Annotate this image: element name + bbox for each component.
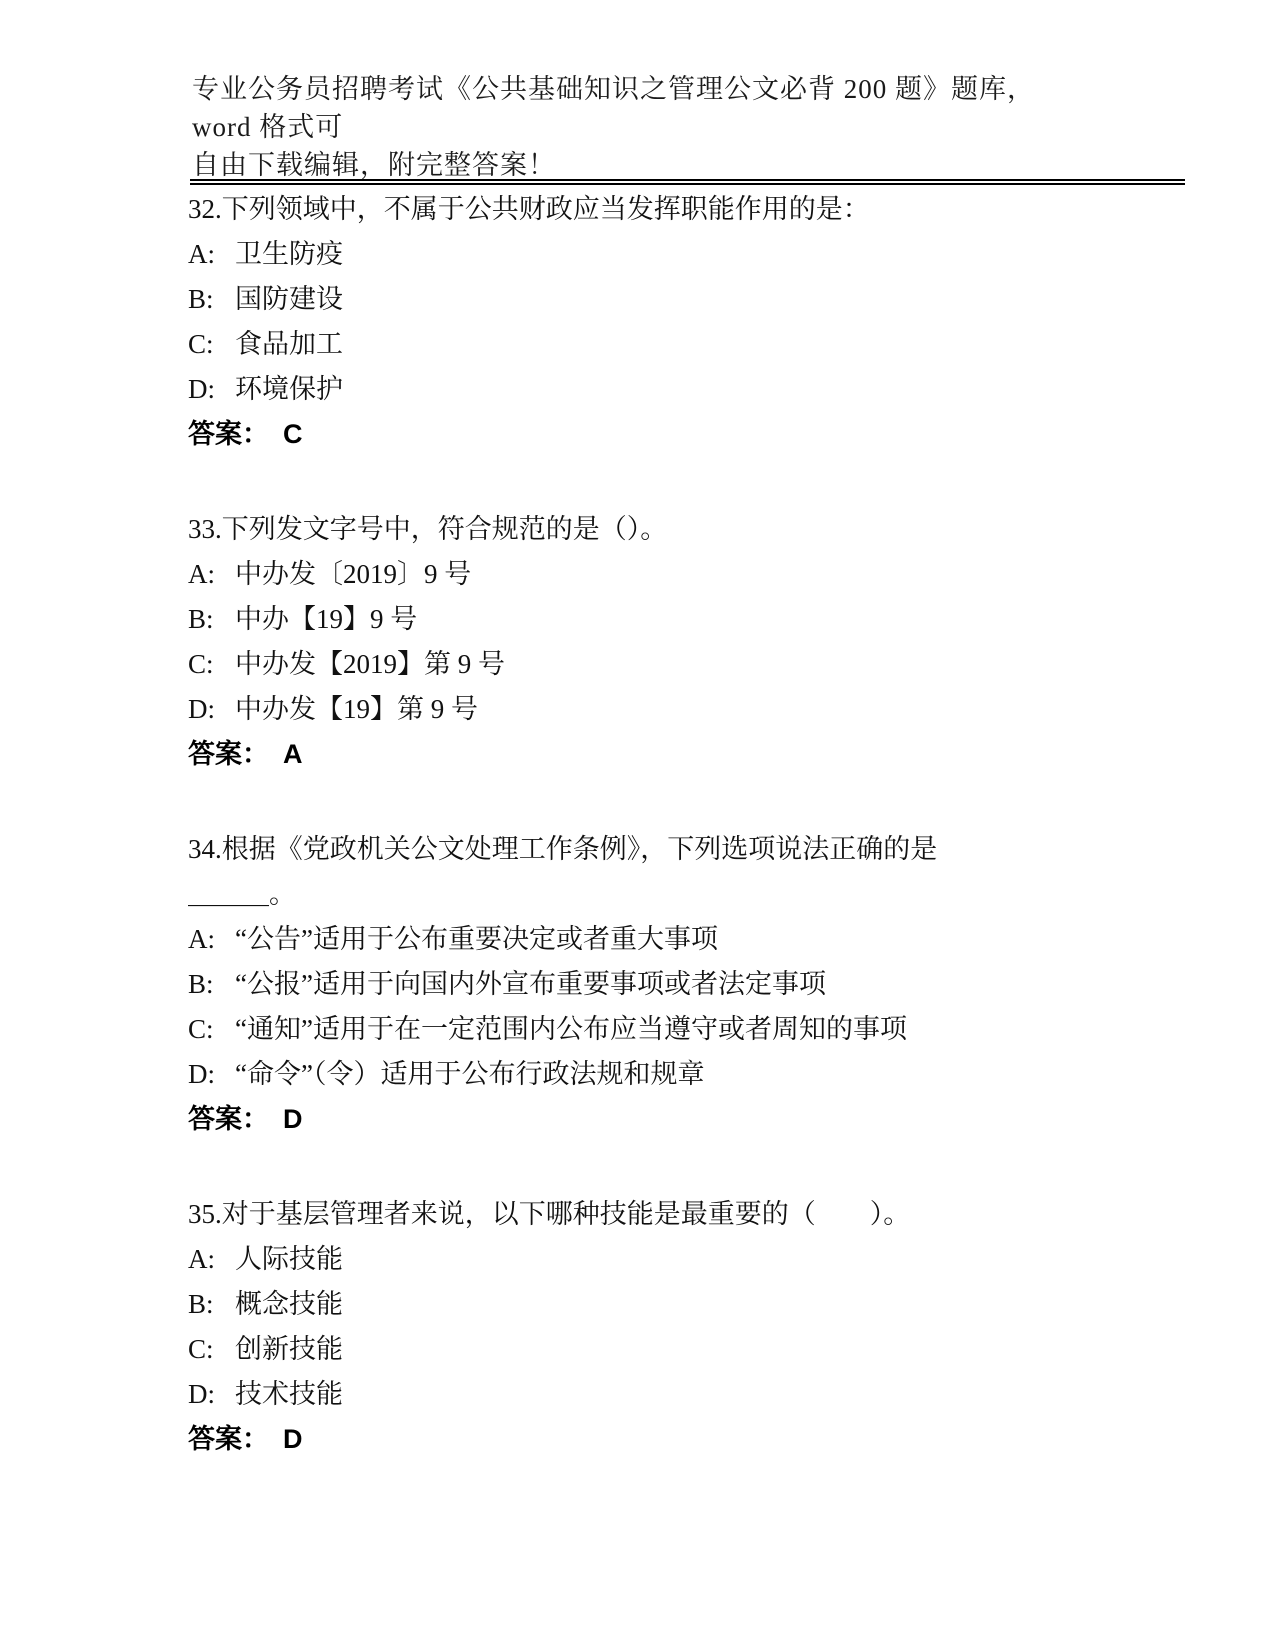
question-block: 33.下列发文字号中，符合规范的是（）。 A:中办发〔2019〕9 号B:中办【… xyxy=(188,507,1198,777)
option-line: C:“通知”适用于在一定范围内公布应当遵守或者周知的事项 xyxy=(188,1007,1198,1052)
option-line: D:环境保护 xyxy=(188,367,1198,412)
question-options: A:中办发〔2019〕9 号B:中办【19】9 号C:中办发【2019】第 9 … xyxy=(188,552,1198,732)
option-key: B: xyxy=(188,962,235,1007)
answer-value: A xyxy=(283,739,303,769)
option-line: D:“命令”（令）适用于公布行政法规和规章 xyxy=(188,1052,1198,1097)
exam-document-page: 专业公务员招聘考试《公共基础知识之管理公文必背 200 题》题库，word 格式… xyxy=(0,0,1275,1650)
question-text: 34.根据《党政机关公文处理工作条例》，下列选项说法正确的是 xyxy=(188,827,1198,872)
answer-line: 答案：C xyxy=(188,412,1198,457)
option-key: A: xyxy=(188,232,235,277)
document-header: 专业公务员招聘考试《公共基础知识之管理公文必背 200 题》题库，word 格式… xyxy=(192,70,1092,184)
question-block: 32.下列领域中，不属于公共财政应当发挥职能作用的是： A:卫生防疫B:国防建设… xyxy=(188,187,1198,457)
answer-value: D xyxy=(283,1104,303,1134)
option-line: B:概念技能 xyxy=(188,1282,1198,1327)
option-key: D: xyxy=(188,1052,235,1097)
option-line: B:国防建设 xyxy=(188,277,1198,322)
option-key: A: xyxy=(188,917,235,962)
option-text: 人际技能 xyxy=(235,1244,343,1274)
option-key: A: xyxy=(188,552,235,597)
question-block: 34.根据《党政机关公文处理工作条例》，下列选项说法正确的是＿＿＿。 A:“公告… xyxy=(188,827,1198,1142)
option-line: D:技术技能 xyxy=(188,1372,1198,1417)
question-block: 35.对于基层管理者来说，以下哪种技能是最重要的（ ）。 A:人际技能B:概念技… xyxy=(188,1192,1198,1462)
option-text: 食品加工 xyxy=(235,329,343,359)
option-text: 环境保护 xyxy=(235,374,343,404)
option-text: 创新技能 xyxy=(235,1334,343,1364)
option-text: 中办发〔2019〕9 号 xyxy=(235,559,471,589)
answer-line: 答案：D xyxy=(188,1417,1198,1462)
answer-label: 答案： xyxy=(188,739,269,769)
option-text: 概念技能 xyxy=(235,1289,343,1319)
question-text-lines: 33.下列发文字号中，符合规范的是（）。 xyxy=(188,507,1198,552)
option-key: C: xyxy=(188,1007,235,1052)
header-line-1: 专业公务员招聘考试《公共基础知识之管理公文必背 200 题》题库，word 格式… xyxy=(192,70,1092,146)
option-key: D: xyxy=(188,367,235,412)
option-line: C:创新技能 xyxy=(188,1327,1198,1372)
option-key: C: xyxy=(188,322,235,367)
option-text: “通知”适用于在一定范围内公布应当遵守或者周知的事项 xyxy=(235,1014,907,1044)
option-key: D: xyxy=(188,1372,235,1417)
option-key: C: xyxy=(188,642,235,687)
option-line: A:人际技能 xyxy=(188,1237,1198,1282)
header-divider-rule xyxy=(190,179,1185,185)
option-text: “命令”（令）适用于公布行政法规和规章 xyxy=(235,1059,704,1089)
question-text-lines: 35.对于基层管理者来说，以下哪种技能是最重要的（ ）。 xyxy=(188,1192,1198,1237)
question-text-lines: 34.根据《党政机关公文处理工作条例》，下列选项说法正确的是＿＿＿。 xyxy=(188,827,1198,917)
option-text: 卫生防疫 xyxy=(235,239,343,269)
question-options: A:人际技能B:概念技能C:创新技能D:技术技能 xyxy=(188,1237,1198,1417)
answer-label: 答案： xyxy=(188,419,269,449)
option-line: A:卫生防疫 xyxy=(188,232,1198,277)
answer-label: 答案： xyxy=(188,1104,269,1134)
questions-list: 32.下列领域中，不属于公共财政应当发挥职能作用的是： A:卫生防疫B:国防建设… xyxy=(188,187,1198,1462)
option-line: A:“公告”适用于公布重要决定或者重大事项 xyxy=(188,917,1198,962)
question-text: 35.对于基层管理者来说，以下哪种技能是最重要的（ ）。 xyxy=(188,1192,1198,1237)
option-text: 中办【19】9 号 xyxy=(235,604,417,634)
option-text: 中办发【19】第 9 号 xyxy=(235,694,478,724)
answer-line: 答案：A xyxy=(188,732,1198,777)
answer-value: D xyxy=(283,1424,303,1454)
option-key: D: xyxy=(188,687,235,732)
question-text: 33.下列发文字号中，符合规范的是（）。 xyxy=(188,507,1198,552)
option-line: B:中办【19】9 号 xyxy=(188,597,1198,642)
question-text-lines: 32.下列领域中，不属于公共财政应当发挥职能作用的是： xyxy=(188,187,1198,232)
question-text: ＿＿＿。 xyxy=(188,872,1198,917)
answer-line: 答案：D xyxy=(188,1097,1198,1142)
option-line: C:食品加工 xyxy=(188,322,1198,367)
option-text: 国防建设 xyxy=(235,284,343,314)
option-key: B: xyxy=(188,277,235,322)
question-options: A:卫生防疫B:国防建设C:食品加工D:环境保护 xyxy=(188,232,1198,412)
option-line: D:中办发【19】第 9 号 xyxy=(188,687,1198,732)
question-options: A:“公告”适用于公布重要决定或者重大事项B:“公报”适用于向国内外宣布重要事项… xyxy=(188,917,1198,1097)
option-key: B: xyxy=(188,597,235,642)
option-line: B:“公报”适用于向国内外宣布重要事项或者法定事项 xyxy=(188,962,1198,1007)
option-text: 技术技能 xyxy=(235,1379,343,1409)
option-line: C:中办发【2019】第 9 号 xyxy=(188,642,1198,687)
option-text: 中办发【2019】第 9 号 xyxy=(235,649,505,679)
answer-label: 答案： xyxy=(188,1424,269,1454)
option-key: B: xyxy=(188,1282,235,1327)
option-key: C: xyxy=(188,1327,235,1372)
option-key: A: xyxy=(188,1237,235,1282)
question-text: 32.下列领域中，不属于公共财政应当发挥职能作用的是： xyxy=(188,187,1198,232)
answer-value: C xyxy=(283,419,303,449)
option-line: A:中办发〔2019〕9 号 xyxy=(188,552,1198,597)
option-text: “公告”适用于公布重要决定或者重大事项 xyxy=(235,924,718,954)
option-text: “公报”适用于向国内外宣布重要事项或者法定事项 xyxy=(235,969,826,999)
